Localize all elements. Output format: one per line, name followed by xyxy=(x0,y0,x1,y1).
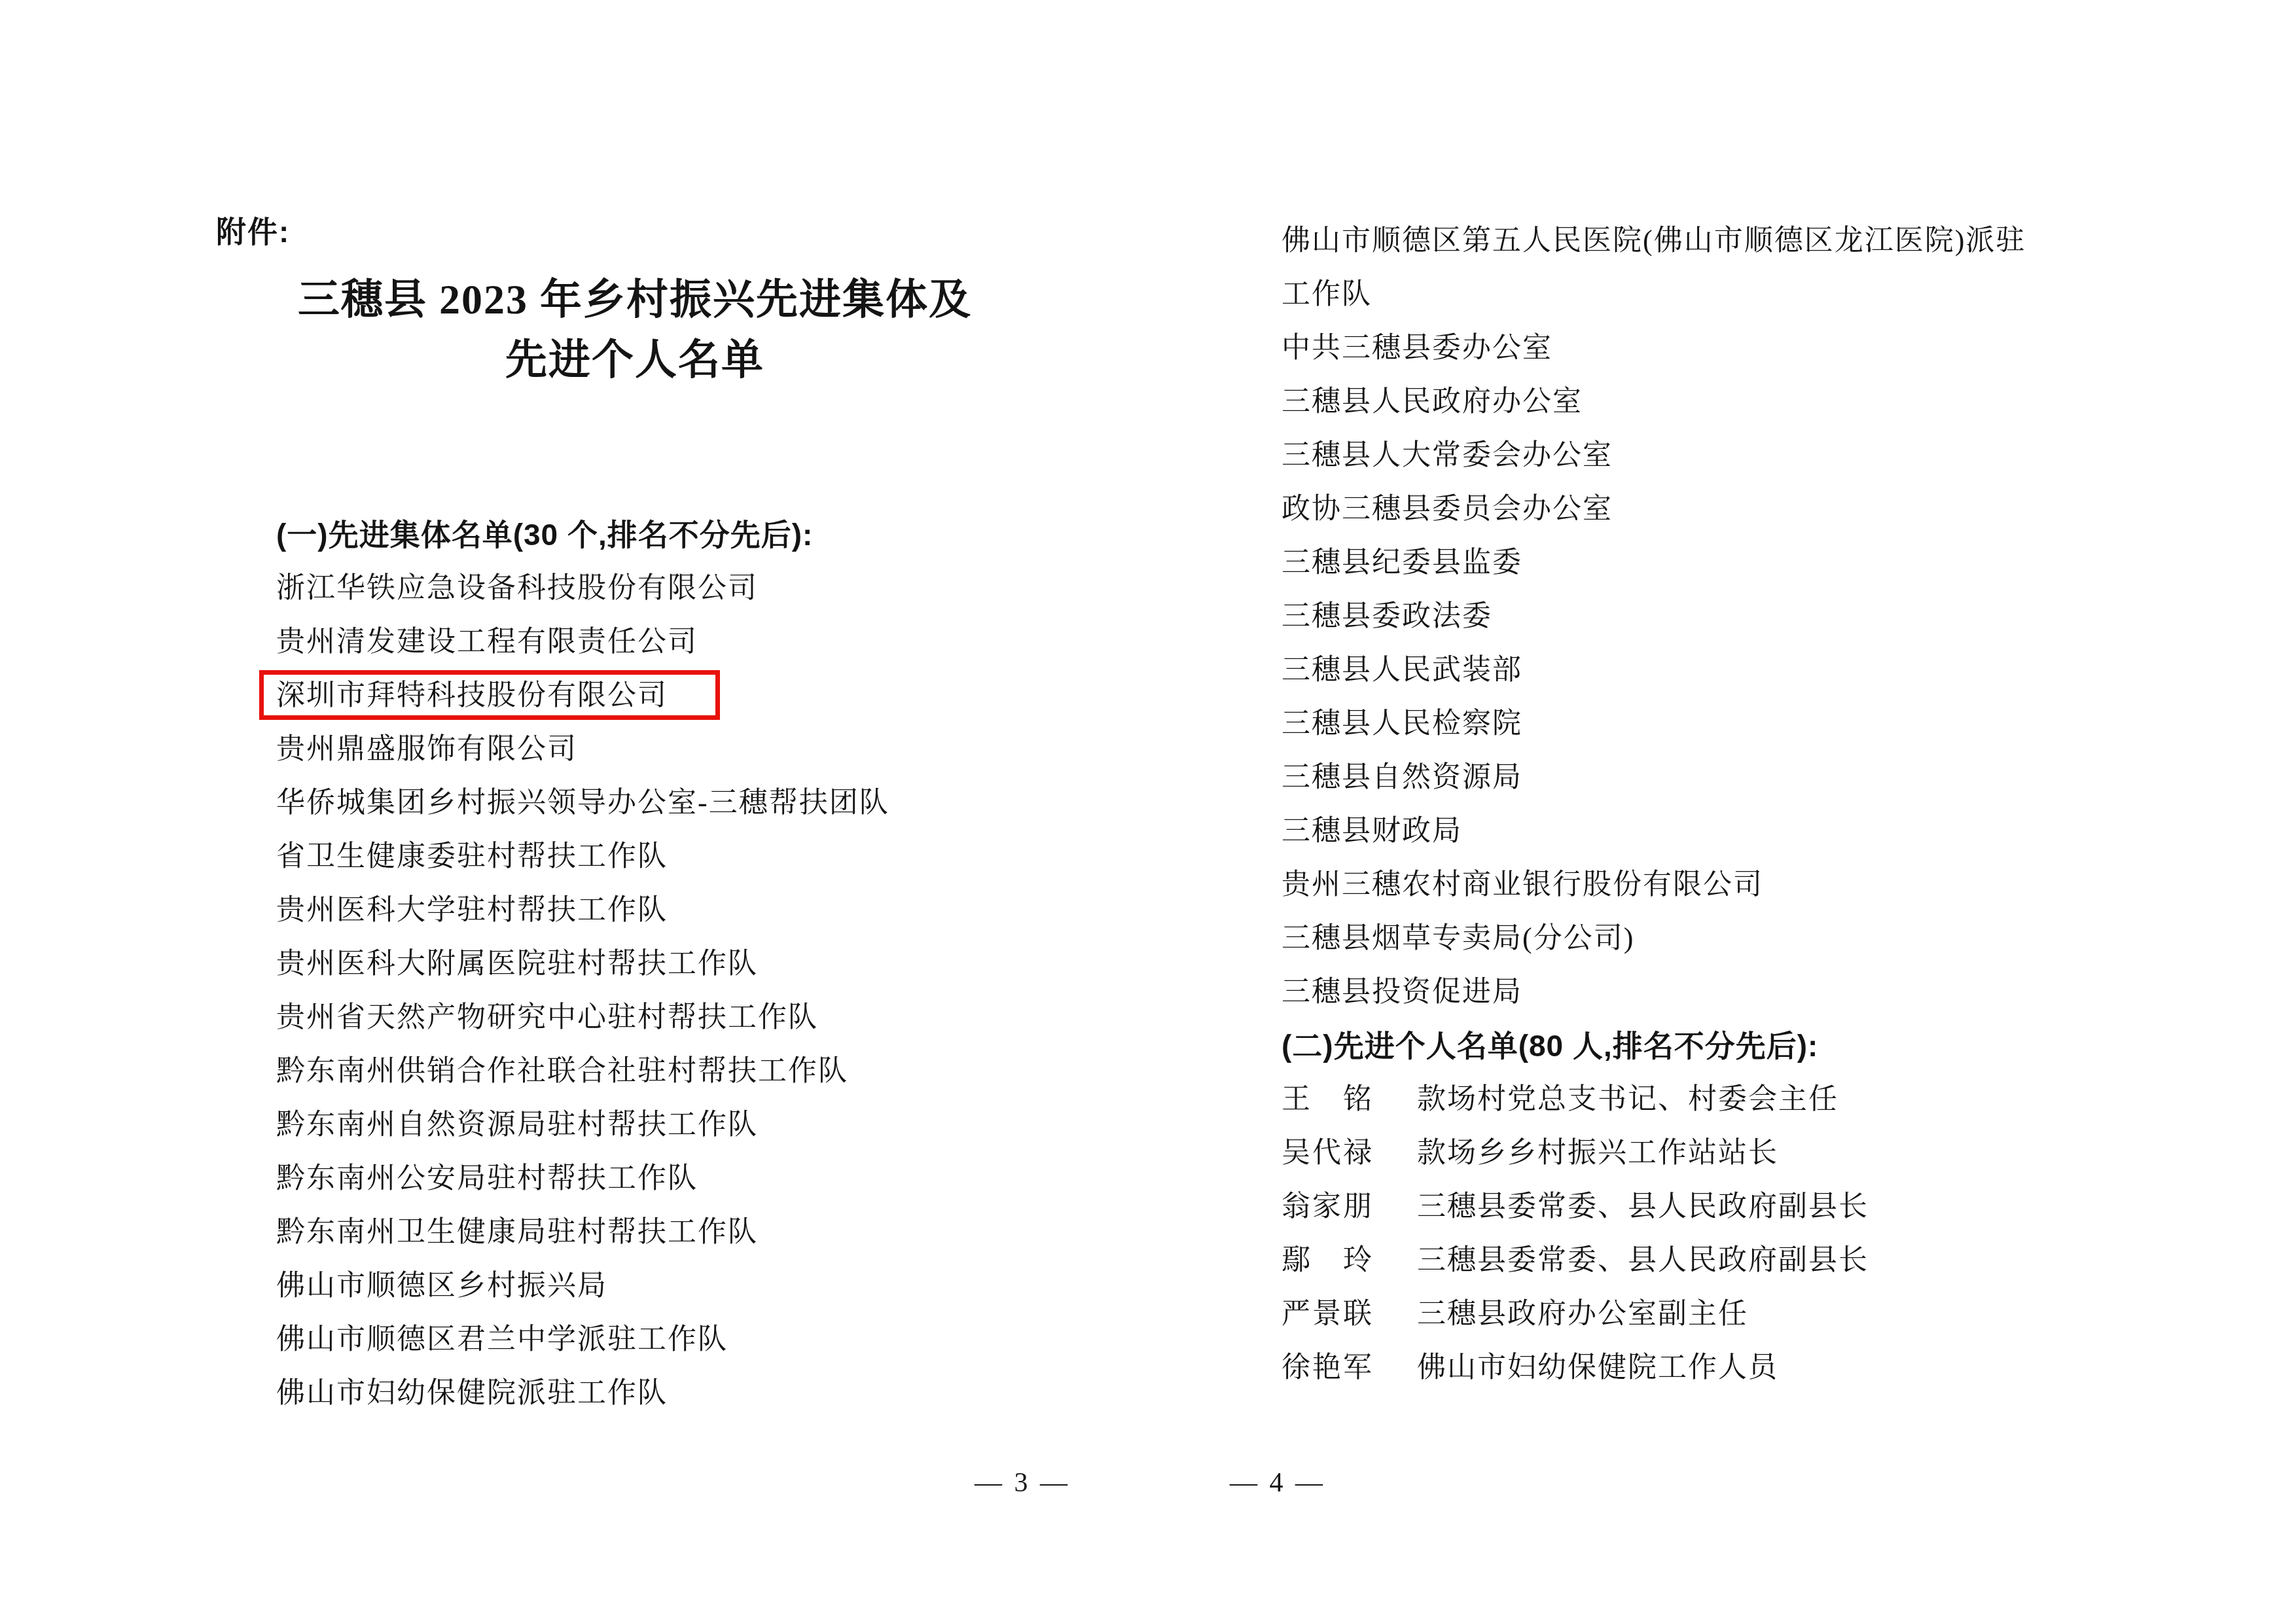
highlight-box xyxy=(259,670,720,720)
attachment-label: 附件: xyxy=(216,211,290,253)
collective-item: 黔东南州公安局驻村帮扶工作队 xyxy=(276,1152,1101,1205)
collective-item: 佛山市顺德区第五人民医院(佛山市顺德区龙江医院)派驻 xyxy=(1282,214,2211,268)
collective-item: 中共三穗县委办公室 xyxy=(1282,321,2211,375)
person-name: 鄢 玲 xyxy=(1282,1234,1417,1287)
collective-item: 贵州鼎盛服饰有限公司 xyxy=(276,722,1101,776)
collective-item: 佛山市顺德区君兰中学派驻工作队 xyxy=(276,1313,1101,1366)
collective-item: 浙江华铁应急设备科技股份有限公司 xyxy=(276,562,1101,615)
scanned-document: 附件: 三穗县 2023 年乡村振兴先进集体及 先进个人名单 (一)先进集体名单… xyxy=(0,0,2296,1623)
persons-list: 王 铭款场村党总支书记、村委会主任 吴代禄款场乡乡村振兴工作站站长 翁家朋三穗县… xyxy=(1282,1073,2211,1395)
person-name: 王 铭 xyxy=(1282,1073,1417,1126)
person-name: 徐艳军 xyxy=(1282,1341,1417,1395)
collective-item: 政协三穗县委员会办公室 xyxy=(1282,482,2211,536)
collective-item: 三穗县人民政府办公室 xyxy=(1282,375,2211,429)
person-title: 三穗县委常委、县人民政府副县长 xyxy=(1417,1190,1869,1222)
person-name: 严景联 xyxy=(1282,1287,1417,1341)
person-row: 徐艳军佛山市妇幼保健院工作人员 xyxy=(1282,1341,2211,1395)
page-number-3: — 3 — xyxy=(937,1463,1107,1503)
person-row: 吴代禄款场乡乡村振兴工作站站长 xyxy=(1282,1126,2211,1180)
collective-item: 贵州医科大学驻村帮扶工作队 xyxy=(276,883,1101,937)
person-row: 王 铭款场村党总支书记、村委会主任 xyxy=(1282,1073,2211,1126)
collective-item: 黔东南州自然资源局驻村帮扶工作队 xyxy=(276,1098,1101,1152)
person-title: 三穗县政府办公室副主任 xyxy=(1417,1298,1748,1330)
collective-item: 三穗县自然资源局 xyxy=(1282,751,2211,804)
person-name: 翁家朋 xyxy=(1282,1180,1417,1234)
collective-item: 三穗县烟草专卖局(分公司) xyxy=(1282,912,2211,965)
collective-item: 三穗县纪委县监委 xyxy=(1282,536,2211,590)
section1-heading: (一)先进集体名单(30 个,排名不分先后): xyxy=(276,508,1101,562)
collective-item: 三穗县人大常委会办公室 xyxy=(1282,429,2211,482)
collective-item: 贵州三穗农村商业银行股份有限公司 xyxy=(1282,858,2211,912)
collective-item: 三穗县财政局 xyxy=(1282,804,2211,858)
collective-item: 三穗县人民检察院 xyxy=(1282,697,2211,751)
document-title-line1: 三穗县 2023 年乡村振兴先进集体及 xyxy=(252,270,1018,330)
collective-item: 贵州省天然产物研究中心驻村帮扶工作队 xyxy=(276,991,1101,1044)
collective-item: 佛山市顺德区乡村振兴局 xyxy=(276,1259,1101,1313)
collective-item: 三穗县人民武装部 xyxy=(1282,643,2211,697)
person-title: 款场村党总支书记、村委会主任 xyxy=(1417,1083,1839,1115)
person-row: 翁家朋三穗县委常委、县人民政府副县长 xyxy=(1282,1180,2211,1234)
collective-item: 工作队 xyxy=(1282,268,2211,321)
collective-item: 黔东南州卫生健康局驻村帮扶工作队 xyxy=(276,1205,1101,1259)
collective-item: 华侨城集团乡村振兴领导办公室-三穗帮扶团队 xyxy=(276,776,1101,830)
page-number-4: — 4 — xyxy=(1193,1463,1363,1503)
collective-item: 佛山市妇幼保健院派驻工作队 xyxy=(276,1366,1101,1420)
collective-item: 省卫生健康委驻村帮扶工作队 xyxy=(276,830,1101,883)
person-title: 款场乡乡村振兴工作站站长 xyxy=(1417,1137,1778,1169)
person-title: 佛山市妇幼保健院工作人员 xyxy=(1417,1351,1778,1383)
person-row: 严景联三穗县政府办公室副主任 xyxy=(1282,1287,2211,1341)
collective-item: 三穗县投资促进局 xyxy=(1282,965,2211,1019)
person-name: 吴代禄 xyxy=(1282,1126,1417,1180)
document-title: 三穗县 2023 年乡村振兴先进集体及 先进个人名单 xyxy=(252,270,1018,390)
collectives-list-page4: 佛山市顺德区第五人民医院(佛山市顺德区龙江医院)派驻工作队中共三穗县委办公室三穗… xyxy=(1282,214,2211,1019)
document-title-line2: 先进个人名单 xyxy=(252,330,1018,390)
section2-heading: (二)先进个人名单(80 人,排名不分先后): xyxy=(1282,1019,2211,1073)
person-title: 三穗县委常委、县人民政府副县长 xyxy=(1417,1244,1869,1276)
collective-item: 黔东南州供销合作社联合社驻村帮扶工作队 xyxy=(276,1044,1101,1098)
page-3-column: (一)先进集体名单(30 个,排名不分先后): 浙江华铁应急设备科技股份有限公司… xyxy=(276,508,1101,1420)
collective-item: 贵州清发建设工程有限责任公司 xyxy=(276,615,1101,669)
collective-item: 贵州医科大附属医院驻村帮扶工作队 xyxy=(276,937,1101,991)
person-row: 鄢 玲三穗县委常委、县人民政府副县长 xyxy=(1282,1234,2211,1287)
collective-item: 三穗县委政法委 xyxy=(1282,590,2211,643)
page-4-column: 佛山市顺德区第五人民医院(佛山市顺德区龙江医院)派驻工作队中共三穗县委办公室三穗… xyxy=(1282,214,2211,1395)
